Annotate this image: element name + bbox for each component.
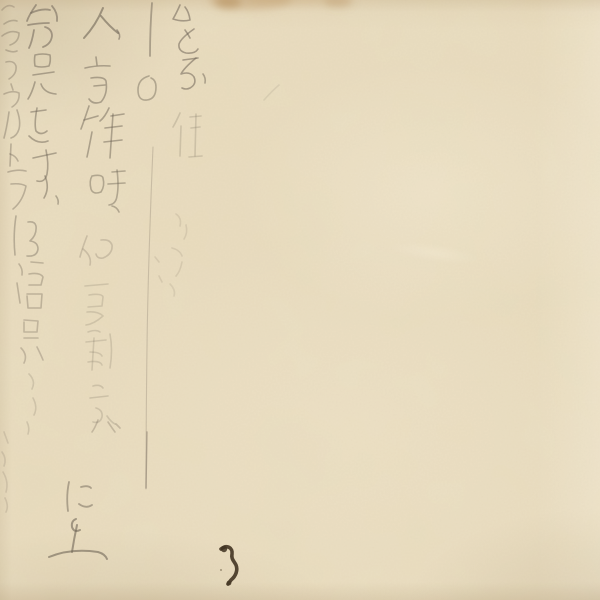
paper-grain-texture — [0, 0, 600, 600]
paper-sheet: ムとろ、住… ｜〇 人、高雄時始更辭… 鉄足むす、 空ウルトラは福県… に上 — [0, 0, 600, 600]
manuscript-artwork — [0, 0, 600, 600]
